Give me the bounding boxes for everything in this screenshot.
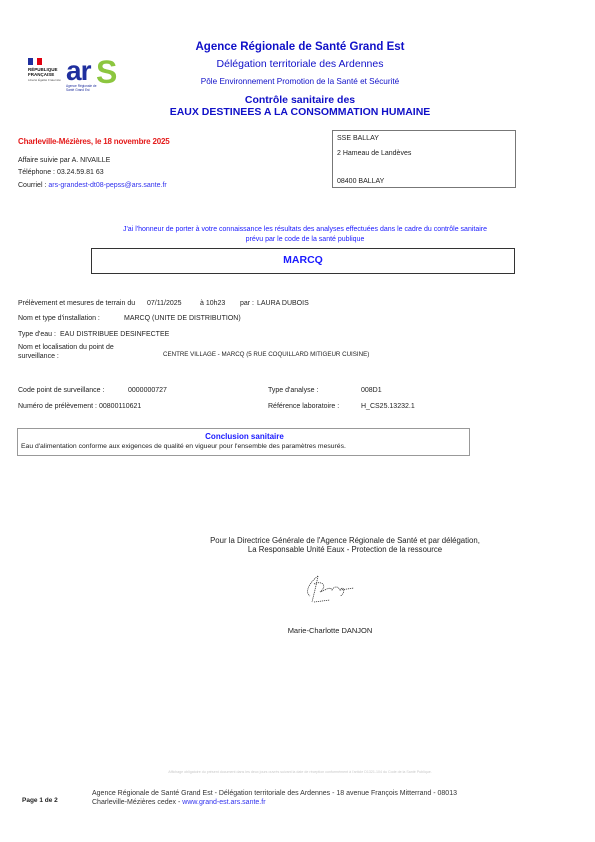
control-title-line2: EAUX DESTINEES A LA CONSOMMATION HUMAINE — [140, 106, 460, 118]
recipient-address-box: SSE BALLAY 2 Hameau de Landèves 08400 BA… — [332, 130, 516, 188]
conclusion-title: Conclusion sanitaire — [18, 432, 471, 441]
ars-logo-ar: ar — [66, 56, 90, 86]
footer-address-line1: Agence Régionale de Santé Grand Est - Dé… — [92, 789, 457, 798]
agency-title: Agence Régionale de Santé Grand Est — [150, 41, 450, 53]
ars-logo-subtitle: Agence Régionale de Santé Grand Est — [66, 84, 100, 92]
place-date: Charleville-Mézières, le 18 novembre 202… — [18, 137, 169, 146]
sample-number-label: Numéro de prélèvement : — [18, 403, 97, 410]
signer-name: Marie-Charlotte DANJON — [230, 626, 430, 635]
mail-line: Courriel : ars-grandest-dt08-pepss@ars.s… — [18, 182, 167, 189]
surveillance-point-label-2: surveillance : — [18, 352, 59, 361]
intro-line1: J'ai l'honneur de porter à votre connais… — [80, 225, 530, 235]
conclusion-text: Eau d'alimentation conforme aux exigence… — [21, 443, 346, 450]
recipient-street: 2 Hameau de Landèves — [337, 150, 411, 157]
phone-label: Téléphone : — [18, 169, 55, 176]
sampling-label: Prélèvement et mesures de terrain du — [18, 300, 135, 307]
code-value: 0000000727 — [128, 387, 167, 394]
website-link[interactable]: www.grand-est.ars.sante.fr — [182, 799, 265, 806]
intro-line2: prévu par le code de la santé publique — [80, 235, 530, 245]
footer-address-line2: Charleville-Mézières cedex - www.grand-e… — [92, 798, 457, 807]
water-type-label: Type d'eau : — [18, 331, 56, 338]
page-number: Page 1 de 2 — [22, 797, 58, 804]
footer-address: Agence Régionale de Santé Grand Est - Dé… — [92, 789, 457, 807]
rf-logo-text: RÉPUBLIQUE FRANÇAISE — [28, 67, 64, 77]
sampling-time: à 10h23 — [200, 300, 225, 307]
sampler-name: LAURA DUBOIS — [257, 300, 309, 307]
rf-logo-motto: Liberté Égalité Fraternité — [28, 79, 64, 82]
installation-label: Nom et type d'installation : — [18, 315, 100, 322]
water-type-value: EAU DISTRIBUEE DESINFECTEE — [60, 331, 169, 338]
analysis-type-label: Type d'analyse : — [268, 387, 318, 394]
recipient-city: 08400 BALLAY — [337, 178, 384, 185]
surveillance-point-value: CENTRE VILLAGE - MARCQ (5 RUE COQUILLARD… — [163, 350, 369, 359]
legal-notice: Affichage obligatoire du présent documen… — [110, 770, 490, 774]
handwritten-signature-icon — [300, 572, 360, 606]
code-label: Code point de surveillance : — [18, 387, 104, 394]
recipient-name: SSE BALLAY — [337, 135, 379, 142]
sampling-by-label: par : — [240, 300, 254, 307]
delegation-title: Délégation territoriale des Ardennes — [150, 58, 450, 70]
sampling-date: 07/11/2025 — [147, 300, 182, 307]
signature-line2: La Responsable Unité Eaux - Protection d… — [150, 545, 540, 554]
control-title-line1: Contrôle sanitaire des — [150, 94, 450, 106]
mail-label: Courriel : — [18, 182, 46, 189]
installation-value: MARCQ (UNITE DE DISTRIBUTION) — [124, 315, 241, 322]
phone-line: Téléphone : 03.24.59.81 63 — [18, 169, 104, 176]
pole-title: Pôle Environnement Promotion de la Santé… — [150, 77, 450, 86]
sample-number-value: 00800110621 — [99, 403, 141, 410]
mail-link[interactable]: ars-grandest-dt08-pepss@ars.sante.fr — [48, 182, 166, 189]
analysis-type-value: 008D1 — [361, 387, 382, 394]
lab-ref-label: Référence laboratoire : — [268, 403, 339, 410]
site-name-box: MARCQ — [91, 248, 515, 274]
surveillance-point-label-1: Nom et localisation du point de — [18, 343, 114, 352]
french-flag-icon — [28, 58, 42, 65]
ars-logo: ar S Agence Régionale de Santé Grand Est — [64, 56, 124, 100]
conclusion-box: Conclusion sanitaire Eau d'alimentation … — [17, 428, 470, 456]
republique-francaise-logo: RÉPUBLIQUE FRANÇAISE Liberté Égalité Fra… — [28, 58, 64, 98]
followed-by: Affaire suivie par A. NIVAILLE — [18, 157, 110, 164]
signature-line1: Pour la Directrice Générale de l'Agence … — [150, 536, 540, 545]
phone-value: 03.24.59.81 63 — [57, 169, 104, 176]
intro-text: J'ai l'honneur de porter à votre connais… — [80, 225, 530, 245]
footer-city: Charleville-Mézières cedex - — [92, 799, 182, 806]
signature-block: Pour la Directrice Générale de l'Agence … — [150, 536, 540, 554]
lab-ref-value: H_CS25.13232.1 — [361, 403, 415, 410]
